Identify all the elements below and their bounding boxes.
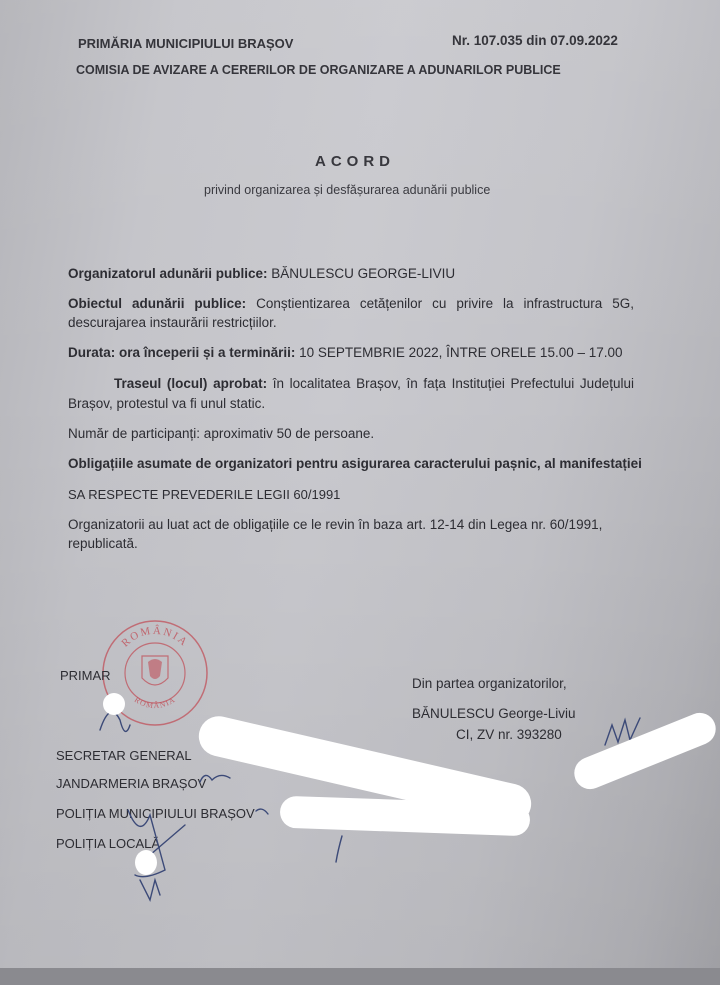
acknowledgement-line1: Organizatorii au luat act de obligațiile… bbox=[68, 517, 602, 532]
objective-value-line1: Conștientizarea cetățenilor cu privire l… bbox=[256, 296, 634, 311]
route-value-line2: Brașov, protestul va fi unul static. bbox=[68, 396, 265, 411]
acknowledgement-line2: republicată. bbox=[68, 536, 138, 551]
approver-secretar-general: SECRETAR GENERAL bbox=[56, 748, 192, 763]
page-bottom-shadow bbox=[0, 968, 720, 985]
route-field: Traseul (locul) aprobat: în localitatea … bbox=[114, 376, 634, 391]
mayor-label: PRIMAR bbox=[60, 668, 111, 683]
commission-name: COMISIA DE AVIZARE A CERERILOR DE ORGANI… bbox=[76, 63, 561, 77]
approver-politia-locala: POLIȚIA LOCALĂ bbox=[56, 836, 160, 851]
organizer-field: Organizatorul adunării publice: BĂNULESC… bbox=[68, 266, 455, 281]
stamp-top-text: ROMÂNIA bbox=[119, 625, 190, 650]
approver-politia-municipiului: POLIȚIA MUNICIPIULUI BRAȘOV bbox=[56, 806, 255, 821]
organizer-value: BĂNULESCU GEORGE-LIVIU bbox=[271, 266, 455, 281]
objective-value-line2: descurajarea instaurării restricțiilor. bbox=[68, 315, 277, 330]
svg-text:ROMÂNIA: ROMÂNIA bbox=[133, 695, 177, 710]
stamp-bottom-text: ROMÂNIA bbox=[133, 695, 177, 710]
redaction-mark bbox=[135, 850, 157, 875]
reference-number: Nr. 107.035 din 07.09.2022 bbox=[452, 33, 618, 48]
participants-field: Număr de participanți: aproximativ 50 de… bbox=[68, 426, 374, 441]
route-value-line1: în localitatea Brașov, în fața Instituți… bbox=[273, 376, 634, 391]
objective-label: Obiectul adunării publice: bbox=[68, 296, 246, 311]
duration-label: Durata: ora începerii și a terminării: bbox=[68, 345, 295, 360]
approver-jandarmeria: JANDARMERIA BRAȘOV bbox=[56, 776, 206, 791]
objective-field: Obiectul adunării publice: Conștientizar… bbox=[68, 296, 634, 311]
document-title: ACORD bbox=[315, 153, 395, 170]
organizer-id: CI, ZV nr. 393280 bbox=[456, 727, 562, 742]
obligations-value: SA RESPECTE PREVEDERILE LEGII 60/1991 bbox=[68, 487, 340, 502]
organizer-signature-name: BĂNULESCU George-Liviu bbox=[412, 706, 576, 721]
document-subtitle: privind organizarea și desfășurarea adun… bbox=[204, 183, 490, 197]
organizers-heading: Din partea organizatorilor, bbox=[412, 676, 567, 691]
duration-value: 10 SEPTEMBRIE 2022, ÎNTRE ORELE 15.00 – … bbox=[299, 345, 622, 360]
obligations-label: Obligațiile asumate de organizatori pent… bbox=[68, 456, 642, 471]
route-label: Traseul (locul) aprobat: bbox=[114, 376, 267, 391]
organizer-label: Organizatorul adunării publice: bbox=[68, 266, 268, 281]
duration-field: Durata: ora începerii și a terminării: 1… bbox=[68, 345, 623, 360]
institution-name: PRIMĂRIA MUNICIPIULUI BRAȘOV bbox=[78, 36, 293, 51]
redaction-mark bbox=[103, 693, 125, 715]
svg-text:ROMÂNIA: ROMÂNIA bbox=[119, 625, 190, 650]
